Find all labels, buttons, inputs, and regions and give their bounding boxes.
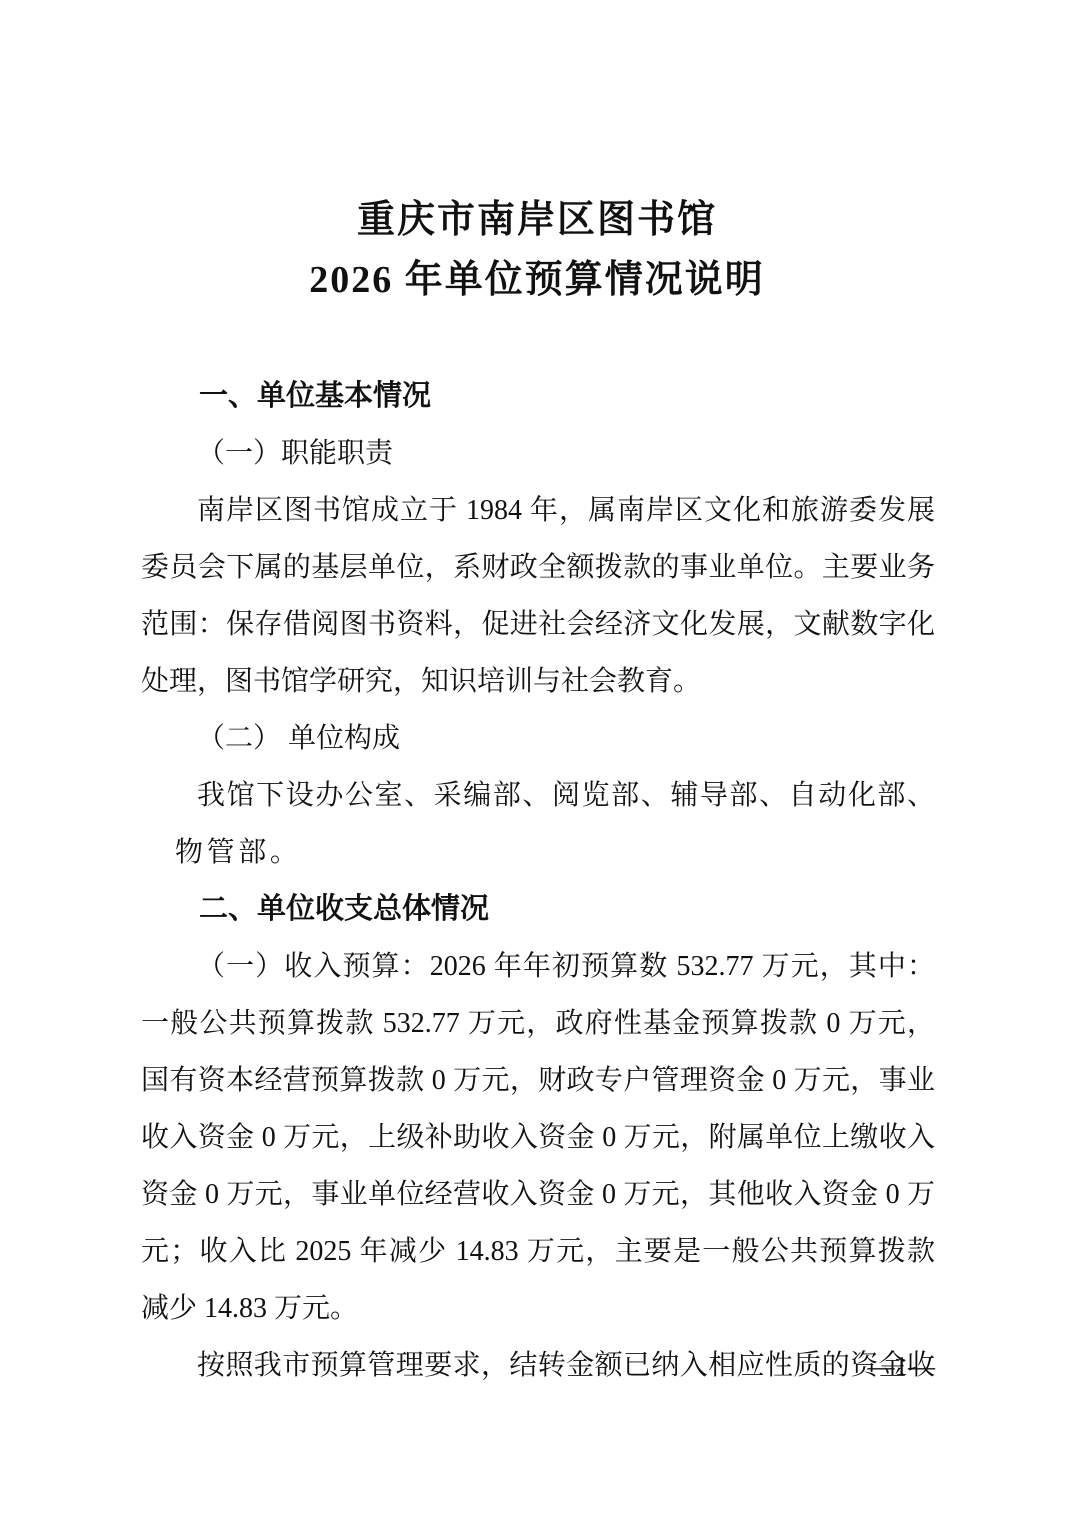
paragraph-3-line-4: 收入资金 0 万元，上级补助收入资金 0 万元，附属单位上缴收入 [141,1109,935,1166]
paragraph-3-line-1: （一）收入预算：2026 年年初预算数 532.77 万元，其中： [141,938,935,995]
paragraph-4-line-1: 按照我市预算管理要求，结转金额已纳入相应性质的资金收 [141,1337,935,1394]
section-1-subheading-1: （一）职能职责 [141,425,935,482]
document-page: 重庆市南岸区图书馆 2026 年单位预算情况说明 一、单位基本情况 （一）职能职… [0,0,1074,1520]
paragraph-1-line-2: 委员会下属的基层单位，系财政全额拨款的事业单位。主要业务 [141,539,935,596]
document-title-line1: 重庆市南岸区图书馆 [0,190,1074,250]
section-2-heading: 二、单位收支总体情况 [141,881,935,938]
paragraph-2-line-1: 我馆下设办公室、采编部、阅览部、辅导部、自动化部、 [141,767,935,824]
paragraph-3-line-5: 资金 0 万元，事业单位经营收入资金 0 万元，其他收入资金 0 万 [141,1166,935,1223]
paragraph-3-line-3: 国有资本经营预算拨款 0 万元，财政专户管理资金 0 万元，事业 [141,1052,935,1109]
paragraph-3-line-7: 减少 14.83 万元。 [141,1280,935,1337]
paragraph-1-line-1: 南岸区图书馆成立于 1984 年，属南岸区文化和旅游委发展 [141,482,935,539]
paragraph-3-line-2: 一般公共预算拨款 532.77 万元，政府性基金预算拨款 0 万元， [141,995,935,1052]
paragraph-1-line-3: 范围：保存借阅图书资料，促进社会经济文化发展，文献数字化 [141,596,935,653]
paragraph-2-line-2: 物管部。 [175,824,935,881]
document-body: 一、单位基本情况 （一）职能职责 南岸区图书馆成立于 1984 年，属南岸区文化… [141,368,935,1394]
page-number: —1— [868,1346,936,1386]
section-1-heading: 一、单位基本情况 [141,368,935,425]
document-title-line2: 2026 年单位预算情况说明 [0,250,1074,310]
section-1-subheading-2: （二） 单位构成 [141,710,935,767]
paragraph-1-line-4: 处理，图书馆学研究，知识培训与社会教育。 [141,653,935,710]
paragraph-3-line-6: 元；收入比 2025 年减少 14.83 万元，主要是一般公共预算拨款 [141,1223,935,1280]
document-title: 重庆市南岸区图书馆 2026 年单位预算情况说明 [0,190,1074,310]
